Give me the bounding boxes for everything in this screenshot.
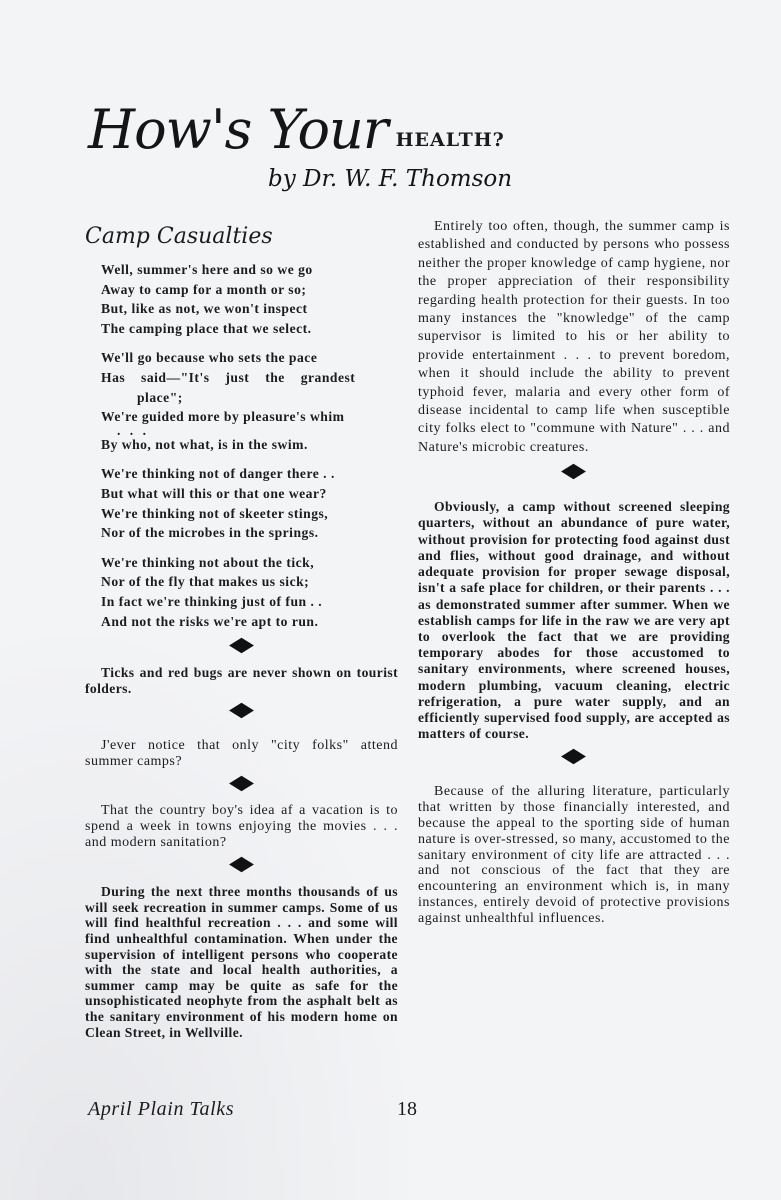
paragraph: During the next three months thousands o… (85, 884, 398, 1040)
poem-line: place"; (101, 388, 398, 408)
poem-line: We're thinking not of danger there . . (101, 464, 398, 484)
left-column: Camp Casualties Well, summer's here and … (85, 222, 398, 1050)
paragraph: Because of the alluring literature, part… (418, 784, 730, 926)
paragraph: Entirely too often, though, the summer c… (418, 218, 730, 457)
poem-line: By who, not what, is in the swim. (101, 435, 398, 455)
poem-line: Has said—"It's just the grandest (101, 368, 398, 388)
poem-line: We'll go because who sets the pace (101, 348, 398, 368)
diamond-divider-icon (563, 467, 585, 477)
poem-line: We're thinking not of skeeter stings, (101, 504, 398, 524)
title-script: How's Your (88, 98, 388, 161)
poem-line: Well, summer's here and so we go (101, 260, 398, 280)
paragraph: Ticks and red bugs are never shown on to… (85, 665, 398, 696)
poem-line: And not the risks we're apt to run. (101, 612, 398, 632)
poem-ellipsis: . . . (101, 427, 398, 435)
poem-line: But, like as not, we won't inspect (101, 299, 398, 319)
paragraph: Obviously, a camp without screened sleep… (418, 499, 730, 742)
paragraph: J'ever notice that only "city folks" att… (85, 738, 398, 769)
title-caps: HEALTH? (396, 129, 505, 151)
right-column: Entirely too often, though, the summer c… (418, 218, 730, 937)
paragraph: That the country boy's idea af a vacatio… (85, 803, 398, 850)
diamond-divider-icon (231, 706, 253, 716)
poem-line: In fact we're thinking just of fun . . (101, 592, 398, 612)
magazine-page: How's YourHEALTH? by Dr. W. F. Thomson C… (0, 0, 781, 1200)
diamond-divider-icon (231, 641, 253, 651)
article-title: How's YourHEALTH? (88, 98, 505, 161)
poem-stanza: Well, summer's here and so we go Away to… (101, 260, 398, 338)
diamond-divider-icon (563, 752, 585, 762)
publication-name: April Plain Talks (88, 1098, 234, 1121)
byline: by Dr. W. F. Thomson (268, 166, 512, 192)
poem-stanza: We'll go because who sets the pace Has s… (101, 348, 398, 454)
poem: Well, summer's here and so we go Away to… (101, 260, 398, 631)
diamond-divider-icon (231, 860, 253, 870)
poem-line: Nor of the fly that makes us sick; (101, 572, 398, 592)
diamond-divider-icon (231, 779, 253, 789)
section-heading: Camp Casualties (85, 222, 398, 252)
poem-line: We're thinking not about the tick, (101, 553, 398, 573)
page-number: 18 (397, 1098, 417, 1121)
poem-line: Away to camp for a month or so; (101, 280, 398, 300)
poem-line: Nor of the microbes in the springs. (101, 523, 398, 543)
poem-line: But what will this or that one wear? (101, 484, 398, 504)
poem-stanza: We're thinking not about the tick, Nor o… (101, 553, 398, 631)
poem-stanza: We're thinking not of danger there . . B… (101, 464, 398, 542)
poem-line: The camping place that we select. (101, 319, 398, 339)
